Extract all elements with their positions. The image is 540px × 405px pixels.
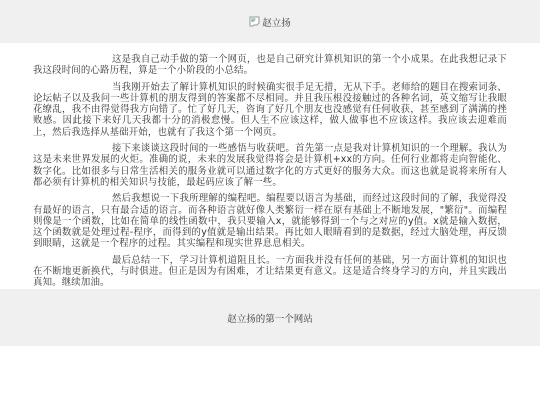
paragraph-insight-computers: 接下来谈谈这段时间的一些感悟与收获吧。首先第一点是我对计算机知识的一个理解。我认…: [33, 143, 507, 188]
article-body: 这是我自己动手做的第一个网页，也是自己研究计算机知识的第一个小成果。在此我想记录…: [0, 43, 540, 289]
page-header: 赵立扬: [0, 0, 540, 43]
site-logo-alt-text: 赵立扬: [262, 15, 291, 29]
paragraph-struggle: 当我刚开始去了解计算机知识的时候确实很手足无措，无从下手。老师给的题目在搜索词条…: [33, 82, 507, 138]
site-logo-broken-image: 赵立扬: [249, 15, 291, 29]
paragraph-intro: 这是我自己动手做的第一个网页，也是自己研究计算机知识的第一个小成果。在此我想记录…: [33, 54, 507, 77]
viewport-empty-area: [0, 346, 540, 405]
page-footer: 赵立扬的第一个网站: [0, 289, 540, 346]
broken-image-icon: [249, 16, 260, 27]
paragraph-insight-programming: 然后我想说一下我所理解的编程吧。编程要以语言为基础，而经过这段时间的了解，我觉得…: [33, 193, 507, 249]
footer-site-name: 赵立扬的第一个网站: [227, 311, 313, 325]
paragraph-conclusion: 最后总结一下，学习计算机道阻且长。一方面我并没有任何的基础，另一方面计算机的知识…: [33, 255, 507, 289]
